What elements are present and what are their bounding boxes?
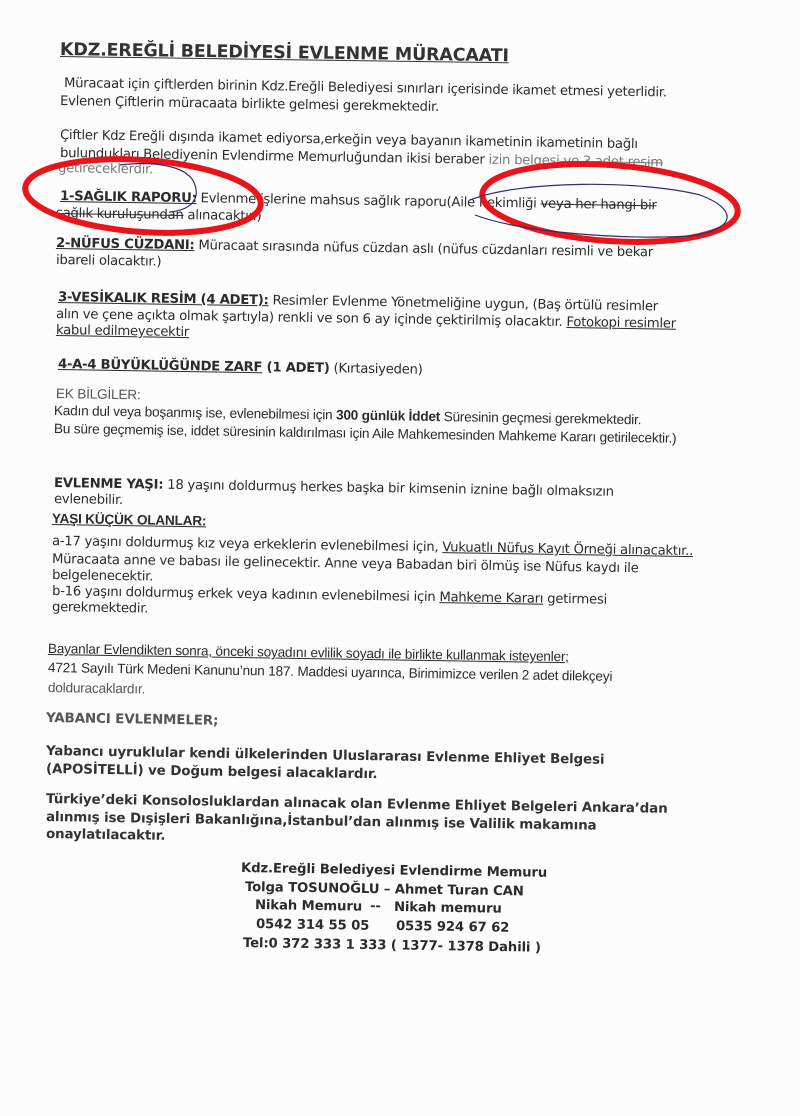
intro-line-2: Evlenen Çiftlerin müracaata birlikte gel… (60, 94, 439, 115)
evlenme-yasi: EVLENME YAŞI: 18 yaşını doldurmuş herkes… (54, 476, 614, 500)
ek-bilgiler-heading: EK BİLGİLER: (56, 386, 141, 402)
item-saglik-raporu-line-2: sağlık kuruluşundan alınacaktır.) (56, 206, 262, 224)
yasi-text: getirmesi (543, 592, 607, 608)
yasi-kucuk-b-line-2: gerekmektedir. (52, 600, 148, 617)
signature-role-left: Nikah Memuru (255, 898, 362, 915)
yasi-kucuk-a-line-3: belgelenecektir. (52, 568, 153, 585)
underlined-text: Fotokopi resimler (566, 315, 676, 332)
item-heading: 3-VESİKALIK RESİM (4 ADET): (58, 290, 269, 308)
soyadi-line-3: dolduracaklardır. (48, 680, 145, 697)
evlenme-yasi-text: 18 yaşını doldurmuş herkes başka bir kim… (163, 478, 614, 500)
yabanci-p1-line-2: (APOSİTELLİ) ve Doğum belgesi alacaklard… (46, 762, 378, 782)
item-heading: 2-NÜFUS CÜZDANI: (56, 236, 195, 253)
signature-office: Kdz.Ereğli Belediyesi Evlendirme Memuru (241, 861, 547, 881)
iddet-bold: 300 günlük İddet (336, 407, 440, 424)
ek-text: Süresinin geçmesi gerekmektedir. (440, 409, 641, 427)
signature-role-right: Nikah memuru (394, 900, 502, 917)
item-heading: 4-A-4 BÜYÜKLÜĞÜNDE ZARF (58, 357, 262, 375)
document-title: KDZ.EREĞLİ BELEDİYESİ EVLENME MÜRACAATI (60, 40, 509, 66)
item-heading: 1-SAĞLIK RAPORU: (60, 189, 197, 206)
ek-text: Kadın dul veya boşanmış ise, evlenebilme… (54, 403, 336, 422)
evlenme-yasi-heading: EVLENME YAŞI: (54, 476, 164, 493)
item-text: Müracaat sırasında nüfus cüzdan aslı (nü… (194, 238, 653, 260)
signature-tel: Tel:0 372 333 1 333 ( 1377- 1378 Dahili … (243, 936, 541, 956)
item-nufus-cuzdani-line-2: ibareli olacaktır.) (56, 253, 162, 270)
yabanci-p2-line-3: onaylatılacaktır. (46, 827, 166, 844)
scanned-document-page: KDZ.EREĞLİ BELEDİYESİ EVLENME MÜRACAATI … (0, 0, 800, 1116)
izin-belgesi-text: izin belgesi (488, 153, 559, 169)
signature-role-sep: -- (370, 899, 381, 914)
vukuatli-underlined: Vukuatlı Nüfus Kayıt Örneği alınacaktır.… (442, 540, 693, 559)
item-text: alınacaktır.) (183, 208, 261, 224)
item-text: (Kırtasiyeden) (329, 361, 422, 377)
mahkeme-karari-underlined: Mahkeme Kararı (439, 590, 543, 607)
struck-text: veya her hangi bir (540, 197, 656, 214)
signature-names: Tolga TOSUNOĞLU – Ahmet Turan CAN (245, 880, 524, 899)
resim-text: ve 3 adet resim (559, 154, 663, 171)
outside-line-3: getireceklerdir. (58, 161, 153, 177)
item-zarf: 4-A-4 BÜYÜKLÜĞÜNDE ZARF (1 ADET) (Kırtas… (58, 357, 423, 378)
evlenme-yasi-line-2: evlenebilir. (54, 492, 123, 508)
soyadi-line-2: 4721 Sayılı Türk Medeni Kanunu’nun 187. … (48, 660, 612, 684)
yasi-kucuk-heading: YAŞI KÜÇÜK OLANLAR: (52, 511, 207, 528)
item-vesikalik-resim-line-3: kabul edilmeyecektir (56, 323, 189, 340)
signature-phone-left: 0542 314 55 05 (256, 917, 370, 934)
struck-text: sağlık kuruluşundan (56, 206, 184, 223)
item-bold-text: (1 ADET) (262, 360, 330, 376)
yabanci-heading: YABANCI EVLENMELER; (46, 711, 219, 729)
signature-phone-right: 0535 924 67 62 (396, 919, 510, 936)
